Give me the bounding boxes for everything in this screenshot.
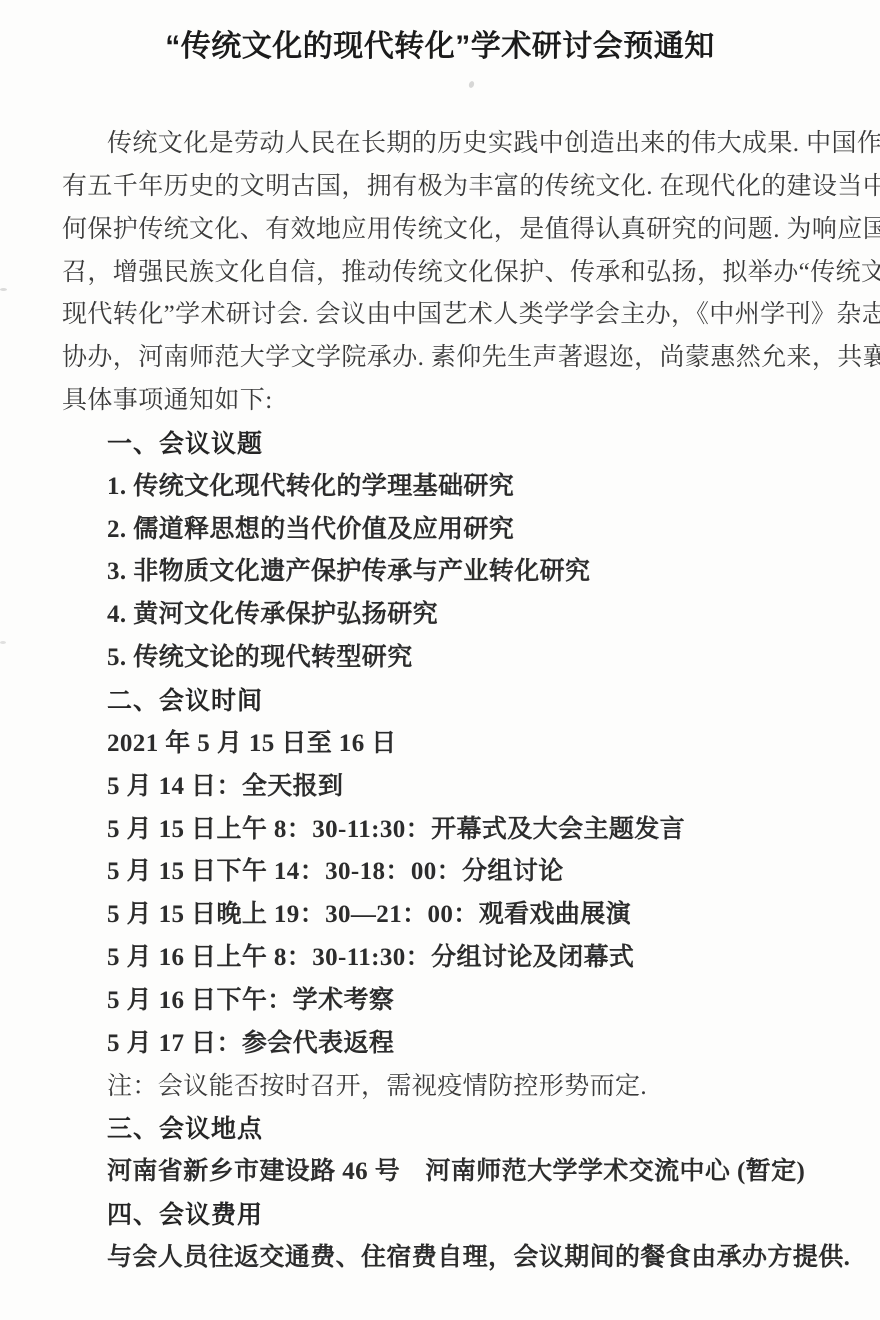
schedule-note: 注：会议能否按时召开，需视疫情防控形势而定.: [0, 1066, 880, 1109]
fee-line: 与会人员往返交通费、住宿费自理，会议期间的餐食由承办方提供.: [0, 1237, 880, 1280]
schedule-line: 5 月 15 日上午 8：30-11:30：开幕式及大会主题发言: [0, 809, 880, 852]
schedule-line: 5 月 16 日上午 8：30-11:30：分组讨论及闭幕式: [0, 937, 880, 980]
intro-line: 有五千年历史的文明古国，拥有极为丰富的传统文化. 在现代化的建设当中，如: [0, 166, 880, 209]
topic-item: 4. 黄河文化传承保护弘扬研究: [0, 594, 880, 637]
intro-line: 现代转化”学术研讨会. 会议由中国艺术人类学学会主办，《中州学刊》杂志社: [0, 294, 880, 337]
section-3-heading: 三、会议地点: [0, 1108, 880, 1151]
section-2-heading: 二、会议时间: [0, 680, 880, 723]
intro-line: 传统文化是劳动人民在长期的历史实践中创造出来的伟大成果. 中国作为具: [0, 123, 880, 166]
schedule-line: 5 月 17 日：参会代表返程: [0, 1023, 880, 1066]
scanned-notice-page: “传统文化的现代转化”学术研讨会预通知 传统文化是劳动人民在长期的历史实践中创造…: [0, 0, 880, 1320]
schedule-line: 5 月 15 日晚上 19：30—21：00：观看戏曲展演: [0, 894, 880, 937]
scan-artifact: [0, 288, 7, 291]
document-body: 传统文化是劳动人民在长期的历史实践中创造出来的伟大成果. 中国作为具 有五千年历…: [0, 123, 880, 1280]
topic-item: 5. 传统文论的现代转型研究: [0, 637, 880, 680]
section-time: 二、会议时间 2021 年 5 月 15 日至 16 日 5 月 14 日：全天…: [0, 680, 880, 1108]
scan-artifact: [468, 80, 475, 88]
intro-paragraph: 传统文化是劳动人民在长期的历史实践中创造出来的伟大成果. 中国作为具 有五千年历…: [0, 123, 880, 423]
schedule-line: 5 月 14 日：全天报到: [0, 766, 880, 809]
section-topics: 一、会议议题 1. 传统文化现代转化的学理基础研究 2. 儒道释思想的当代价值及…: [0, 423, 880, 680]
document-title: “传统文化的现代转化”学术研讨会预通知: [0, 0, 880, 67]
section-1-heading: 一、会议议题: [0, 423, 880, 466]
section-fee: 四、会议费用 与会人员往返交通费、住宿费自理，会议期间的餐食由承办方提供.: [0, 1194, 880, 1280]
section-location: 三、会议地点 河南省新乡市建设路 46 号 河南师范大学学术交流中心 (暂定): [0, 1108, 880, 1194]
scan-artifact: [0, 641, 6, 644]
schedule-line: 5 月 16 日下午：学术考察: [0, 980, 880, 1023]
topic-item: 1. 传统文化现代转化的学理基础研究: [0, 466, 880, 509]
intro-line: 何保护传统文化、有效地应用传统文化，是值得认真研究的问题. 为响应国家号: [0, 209, 880, 252]
section-4-heading: 四、会议费用: [0, 1194, 880, 1237]
topic-item: 3. 非物质文化遗产保护传承与产业转化研究: [0, 551, 880, 594]
topic-item: 2. 儒道释思想的当代价值及应用研究: [0, 509, 880, 552]
intro-line: 协办，河南师范大学文学院承办. 素仰先生声著遐迩，尚蒙惠然允来，共襄盛举!: [0, 337, 880, 380]
intro-line: 召，增强民族文化自信，推动传统文化保护、传承和弘扬，拟举办“传统文化的: [0, 252, 880, 295]
location-line: 河南省新乡市建设路 46 号 河南师范大学学术交流中心 (暂定): [0, 1151, 880, 1194]
schedule-line: 2021 年 5 月 15 日至 16 日: [0, 723, 880, 766]
intro-line: 具体事项通知如下:: [0, 380, 880, 423]
schedule-line: 5 月 15 日下午 14：30-18：00：分组讨论: [0, 851, 880, 894]
